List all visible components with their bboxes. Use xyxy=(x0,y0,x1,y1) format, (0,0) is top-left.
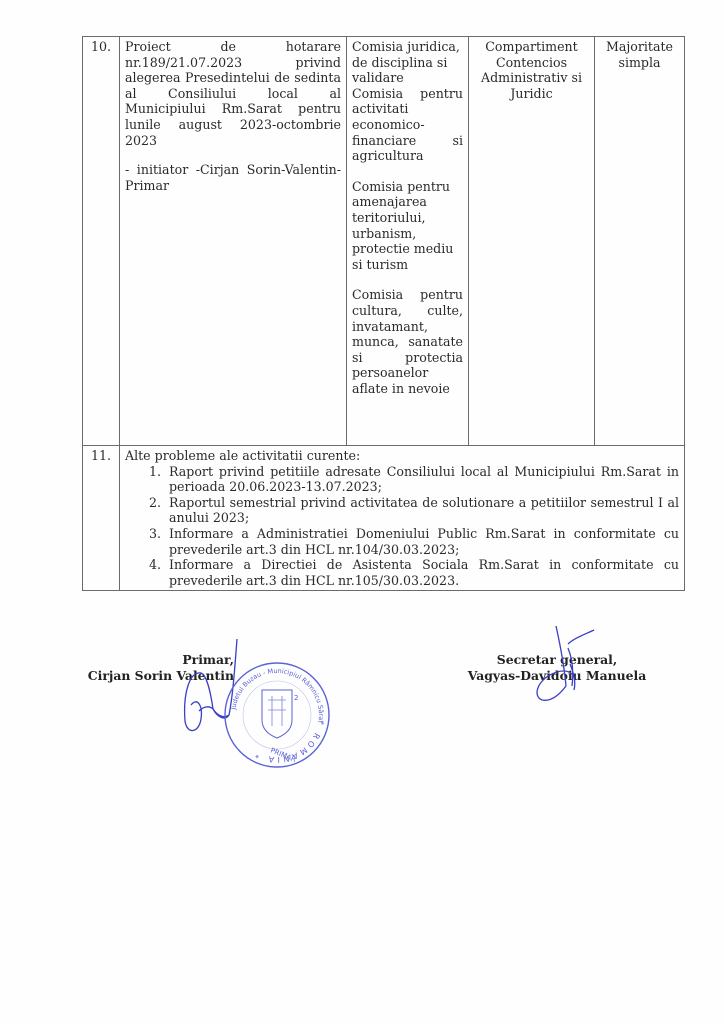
row-number: 11. xyxy=(83,446,120,591)
other-issues-title: Alte probleme ale activitatii curente: xyxy=(125,448,679,464)
row-number: 10. xyxy=(83,37,120,446)
responsible-cell: Compartiment Contencios Administrativ si… xyxy=(469,37,595,446)
committee: Comisia juridica, de disciplina si valid… xyxy=(352,39,463,86)
list-item: Informare a Directiei de Asistenta Socia… xyxy=(165,557,679,588)
table-row: 11. Alte probleme ale activitatii curent… xyxy=(83,446,685,591)
list-item: Informare a Administratiei Domeniului Pu… xyxy=(165,526,679,557)
official-stamp-icon: * ROMANIA * Judetul Buzau - Municipiul R… xyxy=(222,660,332,770)
project-title: Proiect de hotarare nr.189/21.07.2023 pr… xyxy=(125,39,341,148)
committee: Comisia pentru cultura, culte, invataman… xyxy=(352,287,463,396)
list-item: Raportul semestrial privind activitatea … xyxy=(165,495,679,526)
other-issues-list: Raport privind petitiile adresate Consil… xyxy=(125,464,679,589)
project-initiator: - initiator -Cirjan Sorin-Valentin- Prim… xyxy=(125,162,341,193)
secretary-signature-icon xyxy=(528,624,608,704)
committee: Comisia pentru amenajarea teritoriului, … xyxy=(352,179,463,273)
project-cell: Proiect de hotarare nr.189/21.07.2023 pr… xyxy=(120,37,347,446)
stamp-number: 2 xyxy=(294,694,298,702)
agenda-table: 10. Proiect de hotarare nr.189/21.07.202… xyxy=(82,36,685,591)
document-page: 10. Proiect de hotarare nr.189/21.07.202… xyxy=(0,0,724,1024)
other-issues-cell: Alte probleme ale activitatii curente: R… xyxy=(120,446,685,591)
committee: Comisia pentru activitati economico-fina… xyxy=(352,86,463,164)
table-row: 10. Proiect de hotarare nr.189/21.07.202… xyxy=(83,37,685,446)
list-item: Raport privind petitiile adresate Consil… xyxy=(165,464,679,495)
vote-cell: Majoritate simpla xyxy=(595,37,685,446)
committees-cell: Comisia juridica, de disciplina si valid… xyxy=(347,37,469,446)
